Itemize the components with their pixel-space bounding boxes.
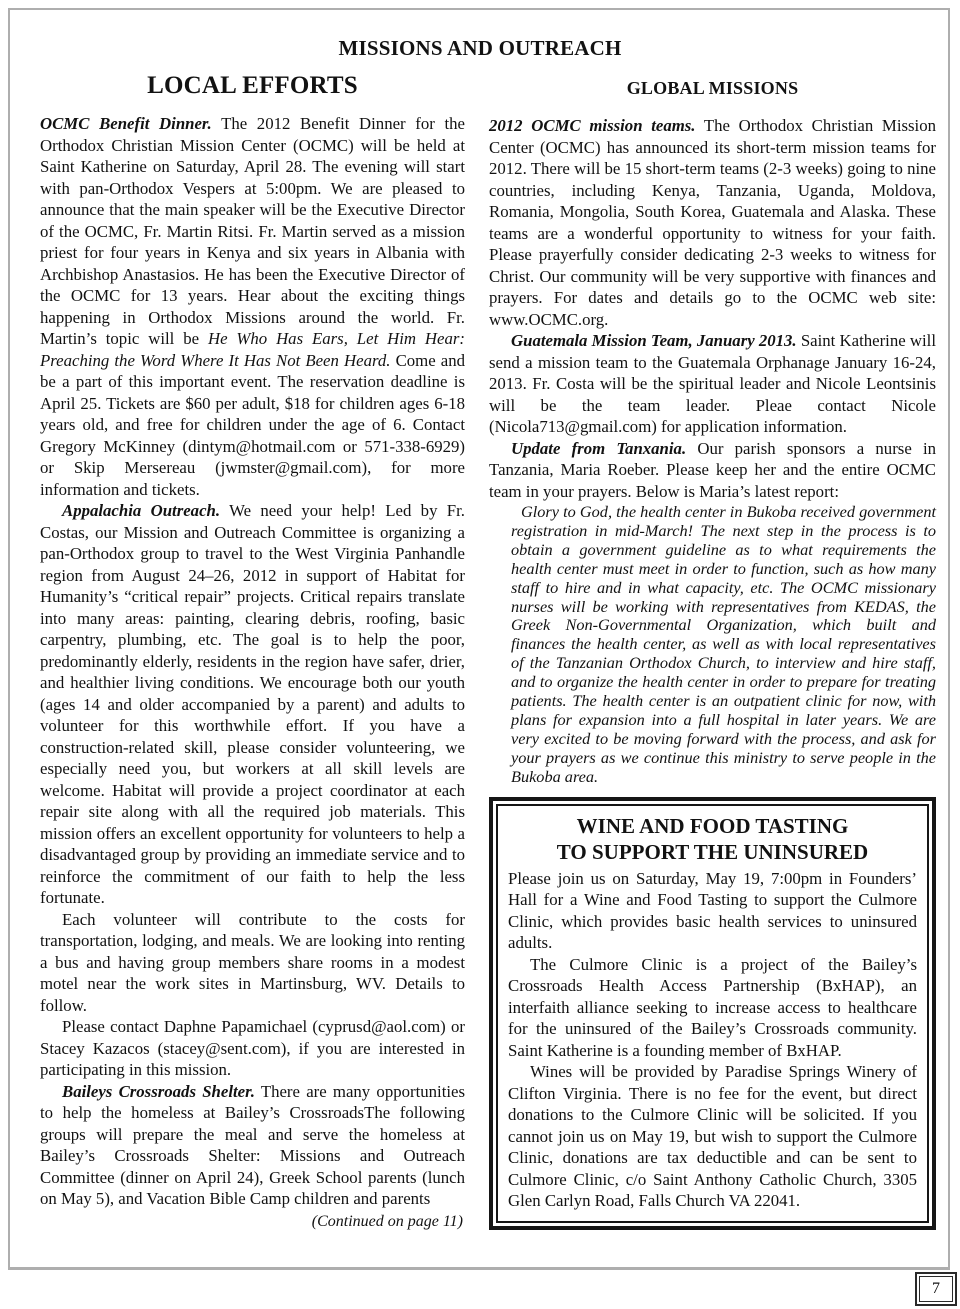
- page-number: 7: [919, 1276, 953, 1302]
- global-missions-heading: GLOBAL MISSIONS: [489, 78, 936, 99]
- two-column-layout: LOCAL EFFORTS OCMC Benefit Dinner. The 2…: [40, 66, 936, 1232]
- ocmc-benefit-dinner-lead: OCMC Benefit Dinner.: [40, 114, 212, 133]
- wine-tasting-box: WINE AND FOOD TASTINGTO SUPPORT THE UNIN…: [489, 797, 936, 1230]
- wine-tasting-box-inner: WINE AND FOOD TASTINGTO SUPPORT THE UNIN…: [496, 804, 929, 1223]
- appalachia-outreach-text: We need your help! Led by Fr. Costas, ou…: [40, 501, 465, 907]
- page-title: MISSIONS AND OUTREACH: [0, 36, 960, 61]
- local-efforts-column: LOCAL EFFORTS OCMC Benefit Dinner. The 2…: [40, 66, 465, 1232]
- global-missions-column: GLOBAL MISSIONS 2012 OCMC mission teams.…: [489, 66, 936, 1232]
- local-efforts-heading: LOCAL EFFORTS: [40, 72, 465, 100]
- ocmc-benefit-dinner-paragraph: OCMC Benefit Dinner. The 2012 Benefit Di…: [40, 113, 465, 500]
- appalachia-outreach-paragraph: Appalachia Outreach. We need your help! …: [40, 500, 465, 909]
- baileys-crossroads-lead: Baileys Crossroads Shelter.: [62, 1082, 255, 1101]
- contact-paragraph: Please contact Daphne Papamichael (cypru…: [40, 1016, 465, 1081]
- wine-tasting-title-line1: WINE AND FOOD TASTING: [577, 814, 849, 838]
- appalachia-outreach-lead: Appalachia Outreach.: [62, 501, 220, 520]
- newsletter-page: MISSIONS AND OUTREACH LOCAL EFFORTS OCMC…: [0, 0, 960, 1309]
- continued-note: (Continued on page 11): [40, 1211, 463, 1232]
- tanzania-update-lead: Update from Tanxania.: [511, 439, 686, 458]
- maria-report-quote: Glory to God, the health center in Bukob…: [511, 503, 936, 787]
- volunteer-costs-paragraph: Each volunteer will contribute to the co…: [40, 909, 465, 1017]
- guatemala-team-paragraph: Guatemala Mission Team, January 2013. Sa…: [489, 330, 936, 438]
- baileys-crossroads-paragraph: Baileys Crossroads Shelter. There are ma…: [40, 1081, 465, 1210]
- wine-tasting-title: WINE AND FOOD TASTINGTO SUPPORT THE UNIN…: [508, 813, 917, 865]
- guatemala-team-lead: Guatemala Mission Team, January 2013.: [511, 331, 797, 350]
- ocmc-mission-teams-text: The Orthodox Christian Mission Center (O…: [489, 116, 936, 329]
- ocmc-benefit-dinner-tail: Come and be a part of this important eve…: [40, 351, 465, 499]
- ocmc-benefit-dinner-text: The 2012 Benefit Dinner for the Orthodox…: [40, 114, 465, 348]
- culmore-clinic-paragraph: The Culmore Clinic is a project of the B…: [508, 954, 917, 1062]
- ocmc-mission-teams-lead: 2012 OCMC mission teams.: [489, 116, 696, 135]
- wines-donations-paragraph: Wines will be provided by Paradise Sprin…: [508, 1061, 917, 1212]
- tanzania-update-paragraph: Update from Tanxania. Our parish sponsor…: [489, 438, 936, 503]
- wine-tasting-invite-paragraph: Please join us on Saturday, May 19, 7:00…: [508, 868, 917, 954]
- ocmc-mission-teams-paragraph: 2012 OCMC mission teams. The Orthodox Ch…: [489, 115, 936, 330]
- wine-tasting-title-line2: TO SUPPORT THE UNINSURED: [557, 840, 868, 864]
- page-number-box: 7: [915, 1272, 957, 1306]
